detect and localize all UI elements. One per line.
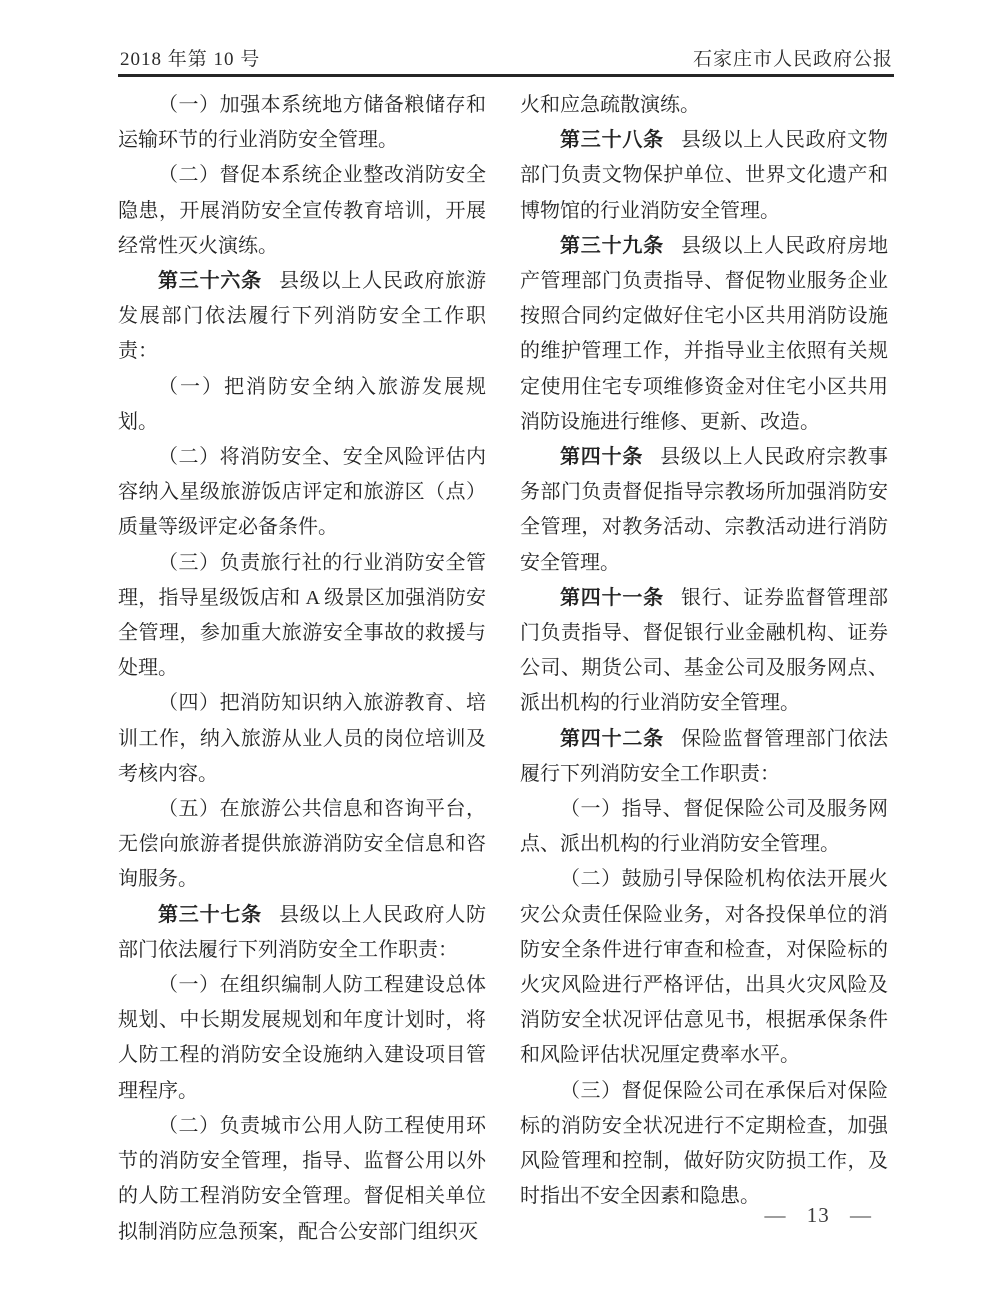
- paragraph: （二）将消防安全、安全风险评估内容纳入星级旅游饭店评定和旅游区（点）质量等级评定…: [118, 440, 486, 546]
- paragraph: （三）负责旅行社的行业消防安全管理，指导星级饭店和 A 级景区加强消防安全管理，…: [118, 546, 486, 687]
- article-paragraph: 第三十七条县级以上人民政府人防部门依法履行下列消防安全工作职责：: [118, 898, 486, 968]
- paragraph: （五）在旅游公共信息和咨询平台，无偿向旅游者提供旅游消防安全信息和咨询服务。: [118, 792, 486, 898]
- paragraph: （三）督促保险公司在承保后对保险标的消防安全状况进行不定期检查，加强风险管理和控…: [520, 1074, 888, 1215]
- article-paragraph: 第四十二条保险监督管理部门依法履行下列消防安全工作职责：: [520, 722, 888, 792]
- gazette-title: 石家庄市人民政府公报: [693, 44, 893, 71]
- header-rule: [118, 74, 894, 77]
- gazette-page: 2018 年第 10 号 石家庄市人民政府公报 （一）加强本系统地方储备粮储存和…: [0, 0, 1000, 1294]
- page-number: — 13 —: [765, 1203, 873, 1227]
- paragraph: （四）把消防知识纳入旅游教育、培训工作，纳入旅游从业人员的岗位培训及考核内容。: [118, 686, 486, 792]
- paragraph: （一）把消防安全纳入旅游发展规划。: [118, 370, 486, 440]
- issue-number: 2018 年第 10 号: [120, 44, 260, 71]
- article-number: 第四十条: [560, 446, 643, 468]
- article-number: 第三十八条: [560, 129, 664, 151]
- article-number: 第三十六条: [158, 270, 262, 292]
- article-number: 第四十一条: [560, 587, 664, 609]
- paragraph: 火和应急疏散演练。: [520, 88, 888, 123]
- article-paragraph: 第四十一条银行、证券监督管理部门负责指导、督促银行业金融机构、证券公司、期货公司…: [520, 581, 888, 722]
- article-number: 第四十二条: [560, 728, 664, 750]
- paragraph: （二）负责城市公用人防工程使用环节的消防安全管理，指导、监督公用以外的人防工程消…: [118, 1109, 486, 1250]
- paragraph: （一）指导、督促保险公司及服务网点、派出机构的行业消防安全管理。: [520, 792, 888, 862]
- paragraph: （一）在组织编制人防工程建设总体规划、中长期发展规划和年度计划时，将人防工程的消…: [118, 968, 486, 1109]
- article-paragraph: 第三十八条县级以上人民政府文物部门负责文物保护单位、世界文化遗产和博物馆的行业消…: [520, 123, 888, 229]
- article-number: 第三十七条: [158, 904, 262, 926]
- article-paragraph: 第三十六条县级以上人民政府旅游发展部门依法履行下列消防安全工作职责：: [118, 264, 486, 370]
- paragraph: （二）鼓励引导保险机构依法开展火灾公众责任保险业务，对各投保单位的消防安全条件进…: [520, 862, 888, 1073]
- paragraph: （二）督促本系统企业整改消防安全隐患，开展消防安全宣传教育培训，开展经常性灭火演…: [118, 158, 486, 264]
- page-footer: — 13 —: [0, 1203, 872, 1228]
- page-header: 2018 年第 10 号 石家庄市人民政府公报: [120, 44, 893, 71]
- right-column: 火和应急疏散演练。第三十八条县级以上人民政府文物部门负责文物保护单位、世界文化遗…: [520, 88, 888, 1250]
- paragraph: （一）加强本系统地方储备粮储存和运输环节的行业消防安全管理。: [118, 88, 486, 158]
- left-column: （一）加强本系统地方储备粮储存和运输环节的行业消防安全管理。（二）督促本系统企业…: [118, 88, 486, 1250]
- article-paragraph: 第四十条县级以上人民政府宗教事务部门负责督促指导宗教场所加强消防安全管理，对教务…: [520, 440, 888, 581]
- document-body: （一）加强本系统地方储备粮储存和运输环节的行业消防安全管理。（二）督促本系统企业…: [118, 88, 888, 1250]
- article-number: 第三十九条: [560, 235, 664, 257]
- article-paragraph: 第三十九条县级以上人民政府房地产管理部门负责指导、督促物业服务企业按照合同约定做…: [520, 229, 888, 440]
